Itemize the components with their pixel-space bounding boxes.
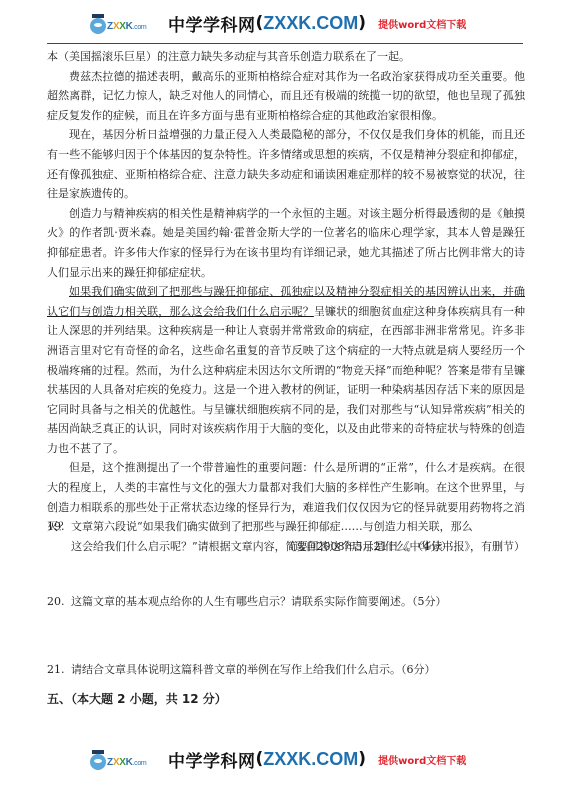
article-paragraph: 如果我们确实做到了把那些与躁狂抑郁症、孤独症以及精神分裂症相关的基因辨认出来，并…: [47, 282, 525, 458]
question-text: 这篇文章的基本观点给你的人生有哪些启示？请联系实际作简要阐述。（5分）: [71, 595, 447, 608]
question-text: 请结合文章具体说明这篇科普文章的举例在写作上给我们什么启示。（6分）: [71, 663, 436, 676]
site-tagline: 提供word文档下载: [378, 16, 466, 31]
logo-suffix: .com: [132, 24, 146, 31]
paragraph-text: 呈镰状的细胞贫血症这种身体疾病具有一种让人深思的并列结果。这种疾病是一种让人衰弱…: [47, 305, 525, 455]
paren-open: (: [256, 749, 264, 769]
article-paragraph: 费兹杰拉德的描述表明，戴高乐的亚斯柏格综合症对其作为一名政治家获得成功至关重要。…: [47, 67, 525, 126]
article-paragraph: 现在，基因分析日益增强的力量正侵入人类最隐秘的部分，不仅仅是我们身体的机能，而且…: [47, 125, 525, 203]
site-domain: ZXXK.COM: [263, 13, 358, 34]
paren-open: (: [256, 13, 264, 33]
article-body: 本（美国摇滚乐巨星）的注意力缺失多动症与其音乐创造力联系在了一起。 费兹杰拉德的…: [47, 47, 525, 556]
logo-suffix: .com: [132, 760, 146, 767]
paren-close: ): [358, 749, 366, 769]
article-paragraph: 创造力与精神疾病的相关性是精神病学的一个永恒的主题。对该主题分析得最透彻的是《触…: [47, 204, 525, 282]
site-name: 中学学科网: [168, 11, 256, 36]
question-number: 19.: [47, 517, 71, 537]
section-heading: 五、（本大题 2 小题，共 12 分）: [47, 690, 227, 707]
question-text: 文章第六段说“如果我们确实做到了把那些与躁狂抑郁症……与创造力相关联，那么: [71, 520, 473, 533]
question-text-cont: 这会给我们什么启示呢？”请根据文章内容，简要回答这个启示是什么。（4分）: [47, 537, 525, 557]
question-20: 20.这篇文章的基本观点给你的人生有哪些启示？请联系实际作简要阐述。（5分）: [47, 592, 525, 612]
question-number: 21.: [47, 660, 71, 680]
zxxk-logo: ZXXK.com: [90, 748, 154, 770]
paren-close: ): [358, 13, 366, 33]
header-banner: ZXXK.com 中学学科网 ( ZXXK.COM ) 提供word文档下载: [0, 8, 570, 38]
article-paragraph: 本（美国摇滚乐巨星）的注意力缺失多动症与其音乐创造力联系在了一起。: [47, 47, 525, 67]
question-21: 21.请结合文章具体说明这篇科普文章的举例在写作上给我们什么启示。（6分）: [47, 660, 525, 680]
footer-banner: ZXXK.com 中学学科网 ( ZXXK.COM ) 提供word文档下载: [0, 744, 570, 774]
question-number: 20.: [47, 592, 71, 612]
header-divider: [47, 43, 523, 44]
question-19: 19.文章第六段说“如果我们确实做到了把那些与躁狂抑郁症……与创造力相关联，那么…: [47, 517, 525, 557]
site-tagline: 提供word文档下载: [378, 752, 466, 767]
zxxk-logo: ZXXK.com: [90, 12, 154, 34]
site-name: 中学学科网: [168, 747, 256, 772]
site-domain: ZXXK.COM: [263, 749, 358, 770]
mascot-icon: [90, 754, 106, 770]
mascot-icon: [90, 18, 106, 34]
